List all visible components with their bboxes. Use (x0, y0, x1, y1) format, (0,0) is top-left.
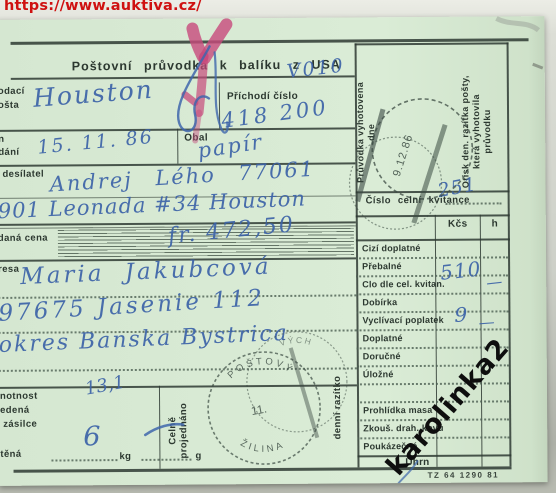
postmark-bottom-arc-bottom: ŽILINA (238, 438, 286, 456)
divider (159, 386, 161, 469)
fee-row-label: Vyclívací poplatek (362, 315, 443, 326)
fee-row-label: Clo dle cel. kvitan. (362, 279, 445, 290)
fee-box-border (507, 42, 512, 466)
paper: Poštovní průvodka k balíku z USA odací o… (0, 16, 548, 486)
handwritten-adresa-2: 97675 Jasenie 112 (0, 285, 266, 327)
handwritten-vyclivaci-h: — (478, 312, 495, 332)
fee-row-label: Doručné (363, 351, 401, 361)
fee-row-label: Cizí doplatné (362, 243, 421, 253)
kcs-column-header: Kčs (440, 219, 476, 230)
podaci-posta-label: ošta (0, 100, 19, 111)
postmark-bottom-date: 11. (250, 401, 268, 418)
divider (219, 82, 221, 128)
fee-col-divider (480, 215, 483, 467)
form-code: TZ 64 1290 81 (428, 470, 500, 479)
hmotnost-label: notnost (0, 391, 38, 402)
dotted-line (0, 367, 357, 371)
h-column-header: h (482, 218, 508, 229)
fee-row-label: Úložné (363, 369, 394, 379)
hmotnost-label: zásilce (3, 419, 37, 430)
rule-line (356, 214, 510, 217)
handwritten-adresa-3: okres Banska Bystrica (0, 321, 289, 358)
divider (177, 129, 178, 164)
fee-row-label: Doplatné (363, 333, 403, 343)
odesilatel-label: desílatel (2, 169, 44, 180)
handwritten-clo-kcs: 510 (439, 256, 483, 284)
denni-razitko-label: denní razítko (332, 342, 349, 472)
pruvodka-vyhotovena-label: Průvodka vyhotovena dne (355, 57, 382, 207)
handwritten-hmotnost: 13,1 (83, 372, 126, 400)
postmark-top-date: 9.12.86 (391, 133, 416, 178)
auction-url-text: https://www.auktiva.cz/ (4, 0, 202, 14)
celne-projednano-label: Celně projednáno (167, 386, 198, 476)
handwritten-podaci-posta: Houston (32, 75, 155, 113)
hmotnost-label: edená (0, 405, 30, 416)
hmotnost-label: těná (0, 449, 21, 460)
fee-row-label: Přebalné (362, 261, 402, 271)
dotted-line (356, 256, 508, 259)
fee-row-label: Dobírka (362, 297, 397, 307)
postmark-bottom: POŠTOVÝ ŽILINA VÝCH 11. (208, 331, 348, 464)
podaci-posta-label: odací (0, 86, 25, 97)
scanned-postal-form: Poštovní průvodka k balíku z USA odací o… (0, 0, 556, 493)
dotted-line (51, 459, 117, 461)
kg-unit-label: kg (119, 451, 131, 462)
den-podani-label: n (0, 134, 4, 145)
udana-cena-label: daná cena (0, 233, 48, 244)
fee-box-border (355, 42, 509, 45)
den-podani-label: dání (0, 147, 19, 158)
svg-text:ŽILINA: ŽILINA (238, 438, 286, 456)
rule-line (356, 238, 510, 241)
handwritten-clo-h: — (485, 272, 503, 293)
adresa-label: resa (0, 264, 19, 275)
handwritten-vyclivaci-kcs: 9 (454, 303, 467, 327)
dotted-line (356, 292, 508, 295)
handwritten-kg-value: 6 (83, 421, 100, 452)
